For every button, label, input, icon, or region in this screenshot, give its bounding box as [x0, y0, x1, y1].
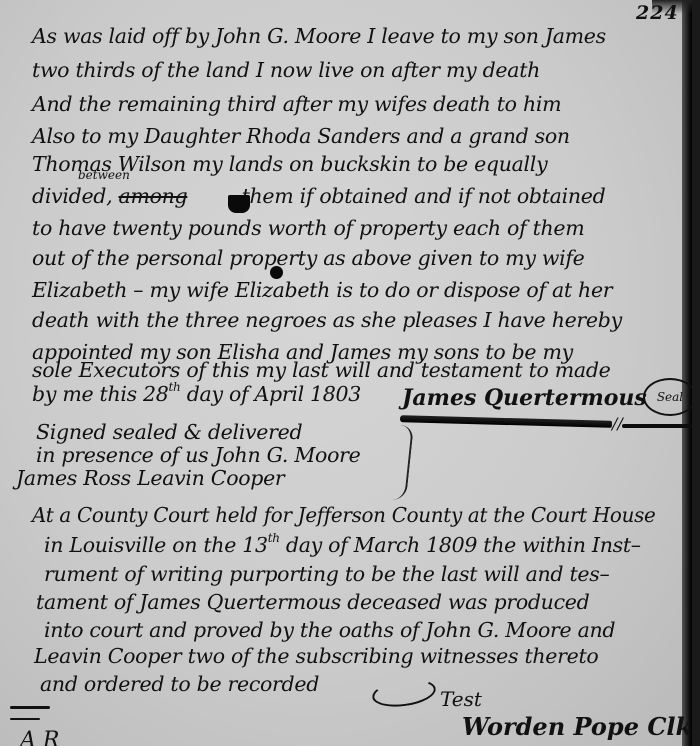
probate-line-2: in Louisville on the 13th day of March 1… — [44, 533, 641, 557]
probate-date-ordinal: th — [268, 531, 280, 545]
seal-mark: Seal — [643, 378, 692, 416]
probate-line-4: tament of James Quertermous deceased was… — [36, 590, 589, 614]
clerk-signature: Worden Pope Clk — [462, 712, 692, 741]
probate-date-day: in Louisville on the 13 — [44, 533, 268, 557]
signature-rule — [400, 415, 612, 428]
ink-spot — [270, 266, 283, 279]
document-page: 224 As was laid off by John G. Moore I l… — [0, 0, 692, 746]
will-line-1: As was laid off by John G. Moore I leave… — [32, 24, 606, 48]
ink-flourish — [371, 676, 438, 711]
probate-date-rest: day of March 1809 the within Inst– — [280, 533, 641, 557]
date-day: by me this 28 — [32, 382, 169, 406]
will-line-2: two thirds of the land I now live on aft… — [32, 58, 540, 82]
probate-line-3: rument of writing purporting to be the l… — [44, 562, 609, 586]
margin-dash-2 — [10, 718, 40, 720]
inserted-word: between — [78, 168, 130, 182]
seal-label: Seal — [657, 390, 683, 404]
page-number: 224 — [636, 2, 679, 24]
attestation-line-2: in presence of us John G. Moore — [36, 443, 360, 467]
will-line-12: sole Executors of this my last will and … — [32, 358, 610, 382]
margin-dash-1 — [10, 706, 50, 709]
will-line-7: to have twenty pounds worth of property … — [32, 216, 584, 240]
witness-brace — [384, 425, 414, 500]
bottom-text-fragment: A R — [20, 728, 59, 746]
will-line-6-end: them if obtained and if not obtained — [235, 184, 605, 208]
will-line-6-start: divided, — [32, 184, 119, 208]
probate-line-7: and ordered to be recorded — [40, 672, 319, 696]
teste-label: Test — [440, 687, 482, 711]
date-rest: day of April 1803 — [180, 382, 361, 406]
will-line-6: divided, among them if obtained and if n… — [32, 184, 605, 208]
will-line-4: Also to my Daughter Rhoda Sanders and a … — [32, 124, 570, 148]
probate-line-1: At a County Court held for Jefferson Cou… — [32, 503, 655, 527]
will-line-3: And the remaining third after my wifes d… — [32, 92, 561, 116]
ink-blot — [228, 195, 250, 213]
will-line-13: by me this 28th day of April 1803 — [32, 382, 361, 406]
attestation-line-3: James Ross Leavin Cooper — [16, 466, 284, 490]
rule-slash-mark: // — [612, 414, 623, 433]
will-line-8: out of the personal property as above gi… — [32, 246, 584, 270]
testator-signature: James Quertermous — [402, 385, 647, 411]
probate-line-6: Leavin Cooper two of the subscribing wit… — [34, 644, 598, 668]
will-line-9: Elizabeth – my wife Elizabeth is to do o… — [32, 278, 612, 302]
will-line-10: death with the three negroes as she plea… — [32, 308, 622, 332]
page-edge-shadow — [682, 0, 692, 746]
attestation-line-1: Signed sealed & delivered — [36, 420, 302, 444]
date-ordinal: th — [169, 380, 181, 394]
struck-word: among — [119, 184, 188, 208]
signature-rule-right — [622, 424, 692, 428]
probate-line-5: into court and proved by the oaths of Jo… — [44, 618, 615, 642]
